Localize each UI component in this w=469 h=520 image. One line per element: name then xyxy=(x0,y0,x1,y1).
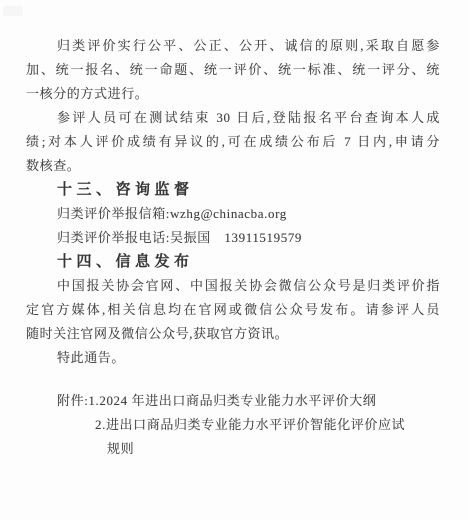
paragraph-principles-line-2: 加、统一报名、统一命题、统一评价、统一标准、统一评分、统 xyxy=(26,58,440,82)
report-phone-line: 归类评价举报电话:吴振国 13911519579 xyxy=(26,226,440,250)
section-14-line-2: 定官方媒体,相关信息均在官网或微信公众号发布。请参评人员 xyxy=(26,298,440,322)
section-13-consult-supervision: 十三、咨询监督 归类评价举报信箱:wzhg@chinacba.org 归类评价举… xyxy=(26,178,440,250)
document-page: 归类评价实行公平、公正、公开、诚信的原则,采取自愿参 加、统一报名、统一命题、统… xyxy=(0,0,469,520)
paragraph-principles-line-3: 一核分的方式进行。 xyxy=(26,82,440,106)
paragraph-results-line-1: 参评人员可在测试结束 30 日后,登陆报名平台查询本人成 xyxy=(26,106,440,130)
attachment-line-1: 附件:1.2024 年进出口商品归类专业能力水平评价大纲 xyxy=(26,389,440,413)
report-email-line: 归类评价举报信箱:wzhg@chinacba.org xyxy=(26,202,440,226)
attachments-list: 附件:1.2024 年进出口商品归类专业能力水平评价大纲 2.进出口商品归类专业… xyxy=(26,389,440,461)
paragraph-results-line-3: 数核查。 xyxy=(26,154,440,178)
section-13-heading: 十三、咨询监督 xyxy=(26,178,440,202)
section-14-info-release: 十四、信息发布 中国报关协会官网、中国报关协会微信公众号是归类评价指 定官方媒体… xyxy=(26,250,440,346)
section-14-heading: 十四、信息发布 xyxy=(26,250,440,274)
paragraph-principles-line-1: 归类评价实行公平、公正、公开、诚信的原则,采取自愿参 xyxy=(26,34,440,58)
notice-body: 归类评价实行公平、公正、公开、诚信的原则,采取自愿参 加、统一报名、统一命题、统… xyxy=(0,0,469,461)
scan-artifact xyxy=(3,6,23,16)
paragraph-results-line-2: 绩;对本人评价成绩有异议的,可在成绩公布后 7 日内,申请分 xyxy=(26,130,440,154)
section-14-line-3: 随时关注官网及微信公众号,获取官方资讯。 xyxy=(26,322,440,346)
attachment-line-3: 规则 xyxy=(26,437,440,461)
paragraph-principles: 归类评价实行公平、公正、公开、诚信的原则,采取自愿参 加、统一报名、统一命题、统… xyxy=(26,34,440,106)
paragraph-results: 参评人员可在测试结束 30 日后,登陆报名平台查询本人成 绩;对本人评价成绩有异… xyxy=(26,106,440,178)
closing-statement: 特此通告。 xyxy=(26,346,440,370)
attachment-line-2: 2.进出口商品归类专业能力水平评价智能化评价应试 xyxy=(26,413,440,437)
section-14-line-1: 中国报关协会官网、中国报关协会微信公众号是归类评价指 xyxy=(26,274,440,298)
